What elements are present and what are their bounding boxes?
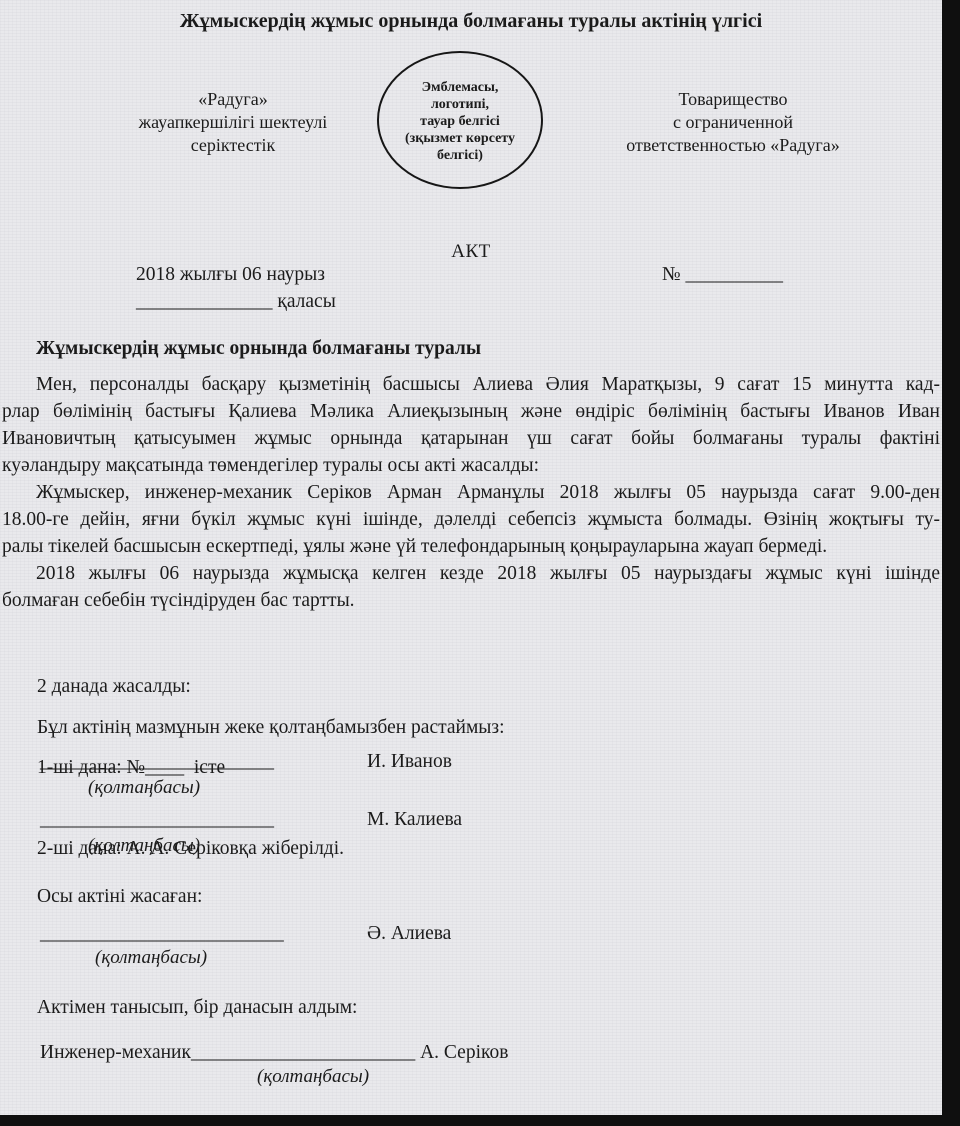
org-left-line: «Радуга»: [83, 88, 383, 111]
signer-name: Ә. Алиева: [367, 923, 451, 945]
signature-blank-line: _________________________: [40, 923, 284, 945]
emblem-line: белгісі): [405, 147, 515, 164]
signer-name: А. Серіков: [415, 1042, 508, 1063]
org-left-line: серіктестік: [83, 134, 383, 157]
scan-edge-bottom-bar: [0, 1115, 960, 1126]
act-number-blank: № __________: [662, 264, 783, 286]
signature-row-1: ________________________ И. Иванов: [0, 751, 942, 777]
org-right-line: Товарищество: [582, 88, 884, 111]
act-label: АКТ: [0, 241, 942, 263]
paragraph-line: ралы тікелей басшысын ескертпеді, ұялы ж…: [2, 533, 940, 560]
org-right-line: ответственностью «Радуга»: [582, 134, 884, 157]
signature-caption: (қолтаңбасы): [88, 777, 200, 799]
act-date: 2018 жылғы 06 наурыз: [136, 264, 325, 286]
confirmation-line: Бұл актінің мазмұнын жеке қолтаңбамызбен…: [37, 717, 505, 739]
signature-blank-line: ________________________: [40, 809, 274, 831]
org-right-line: с ограниченной: [582, 111, 884, 134]
emblem-placeholder-text: Эмблемасы, логотипі, тауар белгісі (зқыз…: [405, 76, 515, 164]
signer-name: М. Калиева: [367, 809, 462, 831]
copies-made-line: 2 данада жасалды:: [37, 673, 344, 700]
made-by-label: Осы актіні жасаған:: [37, 886, 202, 908]
paragraph-line: Мен, персоналды басқару қызметінің басшы…: [2, 371, 940, 398]
org-left-line: жауапкершілігі шектеулі: [83, 111, 383, 134]
org-name-kazakh: «Радуга» жауапкершілігі шектеулі серікте…: [83, 88, 383, 157]
document-title: Жұмыскердің жұмыс орнында болмағаны тура…: [0, 10, 942, 33]
scan-edge-right-bar: [942, 0, 960, 1126]
signature-caption: (қолтаңбасы): [95, 947, 207, 969]
act-subject-heading: Жұмыскердің жұмыс орнында болмағаны тура…: [36, 338, 481, 360]
paragraph-line: рлар бөлімінің бастығы Қалиева Мәлика Ал…: [2, 398, 940, 425]
received-label: Актімен танысып, бір данасын алдым:: [37, 997, 357, 1019]
signature-blank-line: _______________________: [191, 1042, 415, 1063]
signature-row-3: _________________________ Ә. Алиева: [0, 923, 942, 949]
paragraph-line: болмаған себебін түсіндіруден бас тартты…: [2, 587, 940, 614]
paragraph-line: Жұмыскер, инженер-механик Серіков Арман …: [2, 479, 940, 506]
signature-caption: (қолтаңбасы): [88, 835, 200, 857]
emblem-circle: Эмблемасы, логотипі, тауар белгісі (зқыз…: [377, 51, 543, 189]
body-text: Мен, персоналды басқару қызметінің басшы…: [2, 371, 940, 614]
emblem-line: (зқызмет көрсету: [405, 130, 515, 147]
signature-blank-line: ________________________: [40, 751, 274, 773]
signer-name: И. Иванов: [367, 751, 452, 773]
act-city-blank: ______________ қаласы: [136, 291, 336, 313]
position-label: Инженер-механик: [40, 1042, 191, 1063]
emblem-line: Эмблемасы,: [405, 79, 515, 96]
org-name-russian: Товарищество с ограниченной ответственно…: [582, 88, 884, 157]
act-document-page: Жұмыскердің жұмыс орнында болмағаны тура…: [0, 0, 960, 1126]
paragraph-line: куәландыру мақсатында төмендегілер турал…: [2, 452, 940, 479]
emblem-line: логотипі,: [405, 96, 515, 113]
signature-caption: (қолтаңбасы): [257, 1066, 369, 1088]
signature-row-4: Инженер-механик_______________________ А…: [40, 1042, 508, 1064]
signature-row-2: ________________________ М. Калиева: [0, 809, 942, 835]
paragraph-line: Ивановичтың қатысуымен жұмыс орнында қат…: [2, 425, 940, 452]
paragraph-line: 18.00-ге дейін, яғни бүкіл жұмыс күні іш…: [2, 506, 940, 533]
emblem-line: тауар белгісі: [405, 113, 515, 130]
paragraph-line: 2018 жылғы 06 наурызда жұмысқа келген ке…: [2, 560, 940, 587]
